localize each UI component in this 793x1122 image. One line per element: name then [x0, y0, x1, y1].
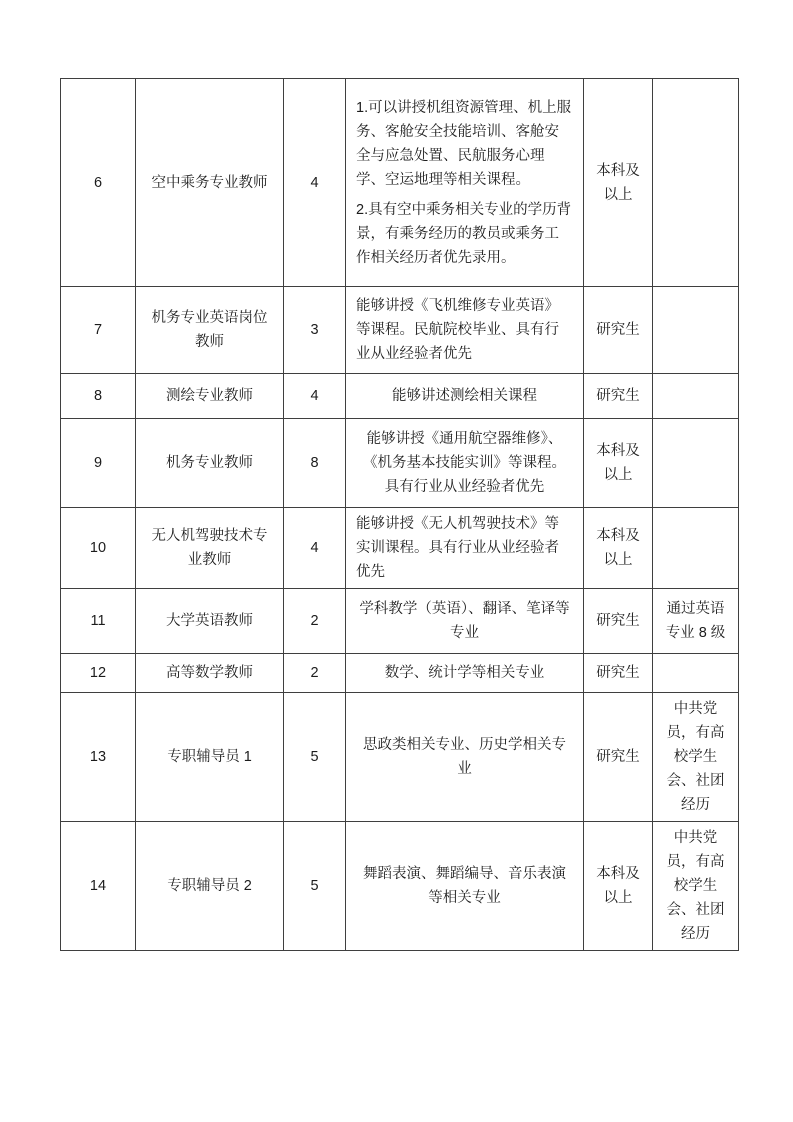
education-cell: 研究生 — [584, 654, 653, 693]
row-index-cell: 12 — [61, 654, 136, 693]
table-row: 13 专职辅导员 1 5 思政类相关专业、历史学相关专业 研究生 中共党员，有高… — [61, 693, 739, 822]
count-cell: 2 — [284, 589, 346, 654]
requirement-paragraph: 1.可以讲授机组资源管理、机上服务、客舱安全技能培训、客舱安全与应急处置、民航服… — [356, 96, 573, 192]
requirements-cell: 能够讲授《通用航空器维修》、《机务基本技能实训》等课程。具有行业从业经验者优先 — [346, 419, 584, 508]
table-row: 10 无人机驾驶技术专业教师 4 能够讲授《无人机驾驶技术》等实训课程。具有行业… — [61, 508, 739, 589]
row-index-cell: 13 — [61, 693, 136, 822]
table-row: 8 测绘专业教师 4 能够讲述测绘相关课程 研究生 — [61, 374, 739, 419]
row-index-cell: 6 — [61, 79, 136, 287]
position-cell: 高等数学教师 — [136, 654, 284, 693]
other-requirements-cell: 中共党员，有高校学生会、社团经历 — [653, 822, 739, 951]
position-cell: 机务专业教师 — [136, 419, 284, 508]
count-cell: 2 — [284, 654, 346, 693]
education-cell: 本科及以上 — [584, 508, 653, 589]
requirements-cell: 能够讲授《飞机维修专业英语》等课程。民航院校毕业、具有行业从业经验者优先 — [346, 287, 584, 374]
table-row: 7 机务专业英语岗位教师 3 能够讲授《飞机维修专业英语》等课程。民航院校毕业、… — [61, 287, 739, 374]
requirement-paragraph: 2.具有空中乘务相关专业的学历背景，有乘务经历的教员或乘务工作相关经历者优先录用… — [356, 198, 573, 270]
row-index-cell: 7 — [61, 287, 136, 374]
requirements-cell: 学科教学（英语）、翻译、笔译等专业 — [346, 589, 584, 654]
count-cell: 5 — [284, 693, 346, 822]
education-cell: 本科及以上 — [584, 822, 653, 951]
education-cell: 研究生 — [584, 374, 653, 419]
row-index-cell: 10 — [61, 508, 136, 589]
education-cell: 研究生 — [584, 693, 653, 822]
recruitment-table: 6 空中乘务专业教师 4 1.可以讲授机组资源管理、机上服务、客舱安全技能培训、… — [60, 78, 739, 951]
position-cell: 大学英语教师 — [136, 589, 284, 654]
count-cell: 4 — [284, 508, 346, 589]
education-cell: 研究生 — [584, 287, 653, 374]
other-requirements-cell — [653, 79, 739, 287]
requirements-cell: 能够讲述测绘相关课程 — [346, 374, 584, 419]
table-row: 11 大学英语教师 2 学科教学（英语）、翻译、笔译等专业 研究生 通过英语专业… — [61, 589, 739, 654]
education-cell: 本科及以上 — [584, 79, 653, 287]
row-index-cell: 9 — [61, 419, 136, 508]
document-page: 6 空中乘务专业教师 4 1.可以讲授机组资源管理、机上服务、客舱安全技能培训、… — [0, 0, 793, 1122]
count-cell: 3 — [284, 287, 346, 374]
table-row: 6 空中乘务专业教师 4 1.可以讲授机组资源管理、机上服务、客舱安全技能培训、… — [61, 79, 739, 287]
other-requirements-cell: 中共党员，有高校学生会、社团经历 — [653, 693, 739, 822]
table-row: 9 机务专业教师 8 能够讲授《通用航空器维修》、《机务基本技能实训》等课程。具… — [61, 419, 739, 508]
table-row: 14 专职辅导员 2 5 舞蹈表演、舞蹈编导、音乐表演等相关专业 本科及以上 中… — [61, 822, 739, 951]
requirements-cell: 1.可以讲授机组资源管理、机上服务、客舱安全技能培训、客舱安全与应急处置、民航服… — [346, 79, 584, 287]
count-cell: 4 — [284, 79, 346, 287]
table-row: 12 高等数学教师 2 数学、统计学等相关专业 研究生 — [61, 654, 739, 693]
other-requirements-cell — [653, 508, 739, 589]
requirements-cell: 思政类相关专业、历史学相关专业 — [346, 693, 584, 822]
education-cell: 本科及以上 — [584, 419, 653, 508]
row-index-cell: 14 — [61, 822, 136, 951]
other-requirements-cell — [653, 654, 739, 693]
position-cell: 空中乘务专业教师 — [136, 79, 284, 287]
other-requirements-cell — [653, 419, 739, 508]
position-cell: 专职辅导员 2 — [136, 822, 284, 951]
other-requirements-cell: 通过英语专业 8 级 — [653, 589, 739, 654]
requirements-cell: 舞蹈表演、舞蹈编导、音乐表演等相关专业 — [346, 822, 584, 951]
other-requirements-cell — [653, 374, 739, 419]
position-cell: 测绘专业教师 — [136, 374, 284, 419]
row-index-cell: 8 — [61, 374, 136, 419]
position-cell: 无人机驾驶技术专业教师 — [136, 508, 284, 589]
requirements-cell: 能够讲授《无人机驾驶技术》等实训课程。具有行业从业经验者优先 — [346, 508, 584, 589]
count-cell: 5 — [284, 822, 346, 951]
count-cell: 8 — [284, 419, 346, 508]
other-requirements-cell — [653, 287, 739, 374]
position-cell: 机务专业英语岗位教师 — [136, 287, 284, 374]
education-cell: 研究生 — [584, 589, 653, 654]
count-cell: 4 — [284, 374, 346, 419]
position-cell: 专职辅导员 1 — [136, 693, 284, 822]
requirements-cell: 数学、统计学等相关专业 — [346, 654, 584, 693]
row-index-cell: 11 — [61, 589, 136, 654]
